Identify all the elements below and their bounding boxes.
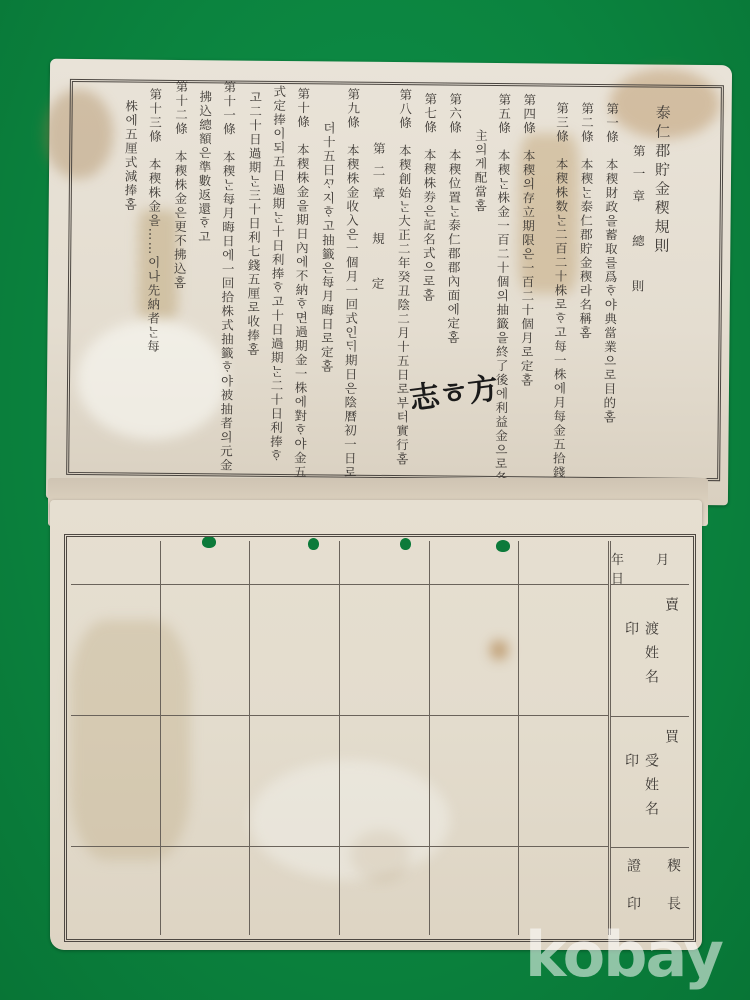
grid-cell — [340, 541, 430, 585]
grid-cell — [430, 585, 520, 716]
article-2: 第二條 本稧ᄂᆞᆫ泰仁郡貯金稧라名稱홈 — [577, 102, 593, 340]
grid-cell — [71, 585, 161, 716]
grid-cell — [519, 585, 609, 716]
grid-cell — [519, 541, 609, 585]
buyer-name-seal-label: 受姓名印 — [621, 753, 661, 847]
upper-page: 泰仁郡貯金稧規則 第一章 總 則 第一條 本稧財政을蓄取를爲ᄒᆞ야典當業으로目的… — [46, 59, 732, 506]
article-9: 第九條 本稧株金收入은一個月一回式인ᄃᆡ期日은陰曆初一日로 — [342, 88, 360, 480]
grid-cell — [430, 541, 520, 585]
grid-cell — [71, 541, 161, 585]
article-10-cont2: 고二十日過期ᄂᆞᆫ三十日利七錢五厘로收捧홈 — [245, 91, 262, 357]
grid-cell — [519, 716, 609, 847]
watermark-logo: kobay — [525, 918, 722, 991]
grid-cell — [161, 847, 251, 935]
seller-header: 賣 — [661, 597, 681, 617]
article-13: 第十三條 本稧株金을……이나先納者ᄂᆞᆫ每 — [145, 88, 162, 354]
grid-cell — [71, 847, 161, 935]
article-10: 第十條 本稧株金을期日內에不納ᄒᆞ면過期金一株에對ᄒᆞ야金五厘 — [292, 87, 310, 493]
buyer-section: 買 受姓名印 — [611, 717, 689, 848]
lower-page: 年 月 日 賣 渡姓名印 買 受姓名印 稧長 證印 — [50, 500, 702, 950]
article-4: 第四條 本稧의存立期限은一百二十個月로定홈 — [519, 93, 536, 387]
article-13-cont: 株에五厘式減捧홈 — [123, 99, 138, 211]
form-label-column: 年 月 日 賣 渡姓名印 買 受姓名印 稧長 證印 — [610, 541, 689, 935]
form-border: 年 月 日 賣 渡姓名印 買 受姓名印 稧長 證印 — [64, 534, 696, 942]
grid-cell — [71, 716, 161, 847]
grid-cell — [250, 585, 340, 716]
chapter-2-heading: 第二章 規 定 — [370, 142, 386, 300]
grid-cell — [161, 541, 251, 585]
grid-cell — [340, 585, 430, 716]
seller-section: 賣 渡姓名印 — [611, 585, 689, 716]
article-5-cont: 主의게配當홈 — [473, 129, 488, 213]
article-11: 第十一條 本稧ᄂᆞᆫ每月晦日에一回拾株式抽籤ᄒᆞ야被抽者의元金 — [218, 80, 236, 472]
article-10-cont: 式定捧이되五日過期ᄂᆞᆫ十日利捧ᄒᆞ고十日過期ᄂᆞᆫ二十日利捧ᄒᆞ — [268, 85, 286, 463]
grid-cell — [430, 716, 520, 847]
article-5: 第五條 本稧ᄂᆞᆫ株金一百二十個의抽籤을終了後에利益金으로各株 — [493, 93, 511, 499]
article-12: 第十二條 本稧株金은更不拂込홈 — [172, 80, 188, 290]
grid-cell — [340, 847, 430, 935]
article-8: 第八條 本稧創始ᄂᆞᆫ大正二年癸丑陰二月十五日로부터實行홈 — [394, 88, 412, 466]
article-9-cont: 더十五日ᄭᆞ지ᄒᆞ고抽籤은每月晦日로定홈 — [319, 121, 335, 373]
grid-cell — [161, 585, 251, 716]
article-11-cont: 拂込總額은準數返還ᄒᆞ고 — [196, 90, 211, 244]
grid-cell — [161, 716, 251, 847]
grid-cell — [250, 541, 340, 585]
grid-cell — [250, 716, 340, 847]
date-section: 年 月 日 — [611, 541, 689, 585]
grid-cell — [250, 847, 340, 935]
date-label: 年 月 日 — [611, 549, 685, 587]
form-grid — [71, 541, 609, 935]
chapter-1-heading: 第一章 總 則 — [630, 144, 646, 302]
regulation-text: 泰仁郡貯金稧規則 第一章 總 則 第一條 本稧財政을蓄取를爲ᄒᆞ야典當業으로目的… — [46, 59, 732, 506]
article-7: 第七條 本稧株券은記名式으로홈 — [421, 92, 437, 302]
article-3: 第三條 本稧株数ᄂᆞᆫ二百二十株로ᄒᆞ고每一株에月每金五拾錢으로 — [551, 102, 569, 508]
grid-cell — [430, 847, 520, 935]
article-1: 第一條 本稧財政을蓄取를爲ᄒᆞ야典當業으로目的홈 — [602, 102, 619, 424]
article-6: 第六條 本稧位置ᄂᆞᆫ泰仁郡郡內面에定홈 — [445, 93, 461, 345]
seller-name-seal-label: 渡姓名印 — [621, 621, 661, 715]
buyer-header: 買 — [661, 729, 681, 749]
grid-cell — [340, 716, 430, 847]
document-title: 泰仁郡貯金稧規則 — [654, 105, 669, 257]
